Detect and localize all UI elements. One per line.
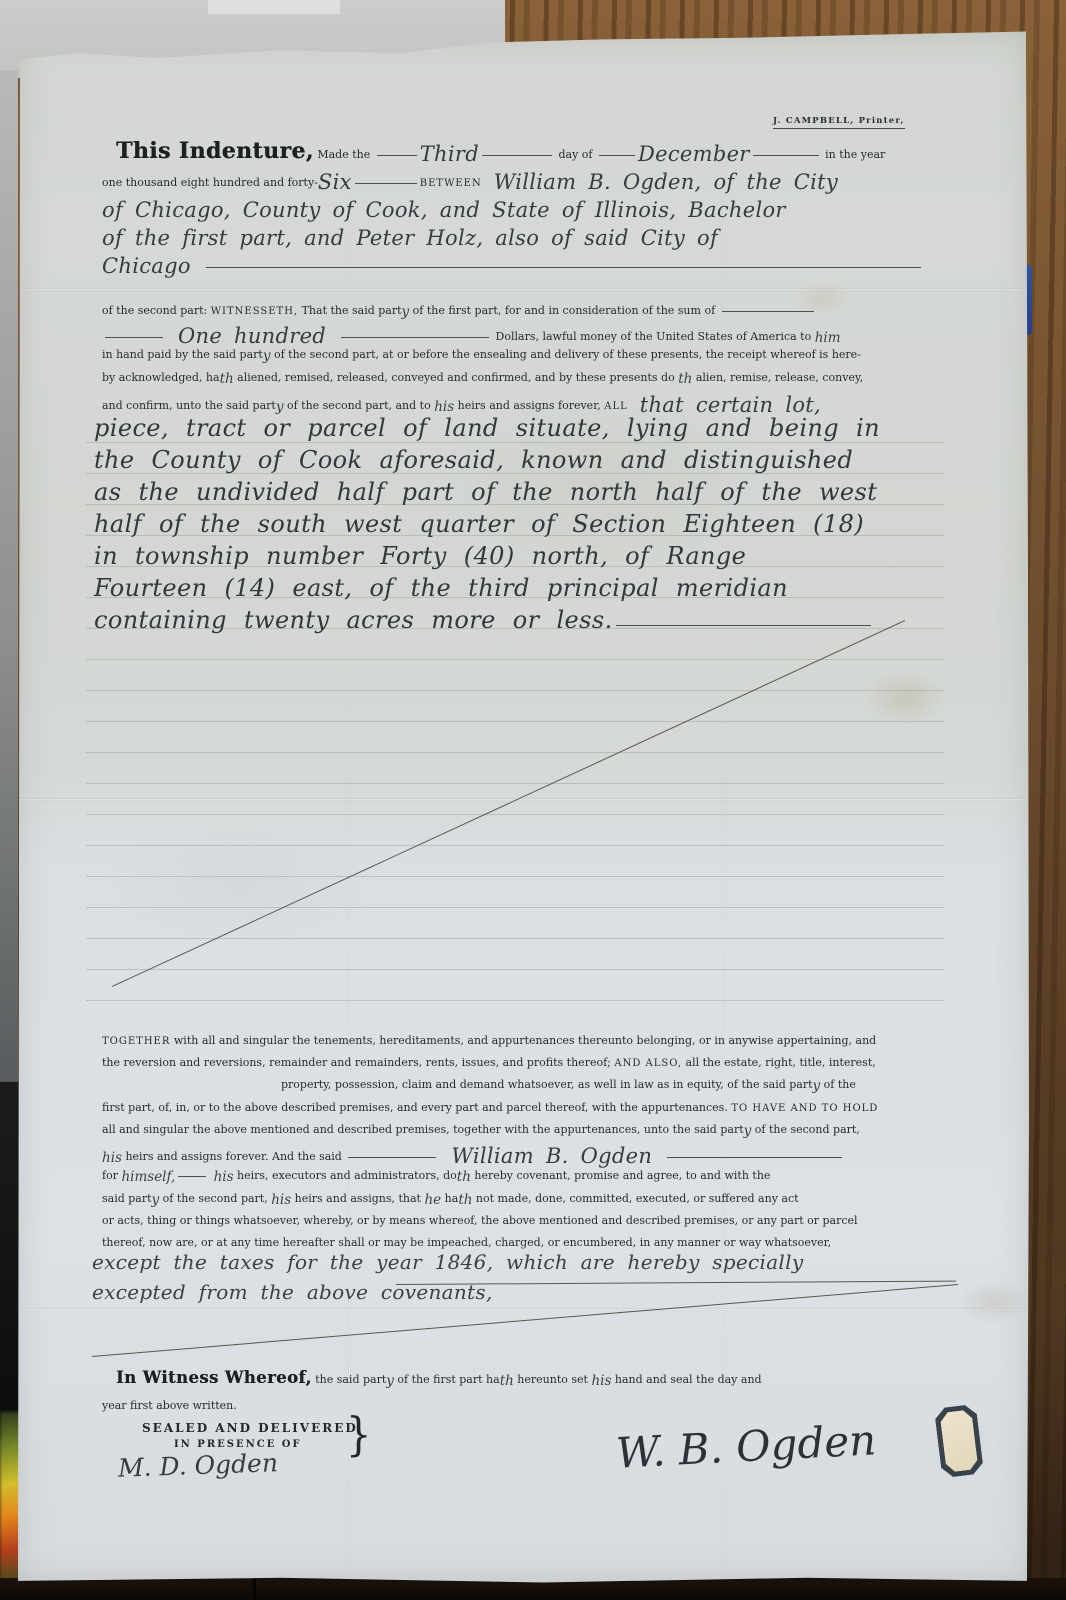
grantor-signature: W. B. Ogden xyxy=(615,1415,877,1478)
witnesseth-line-3: in hand paid by the said party of the se… xyxy=(102,348,861,364)
opening-line-3: of Chicago, County of Cook, and State of… xyxy=(102,198,786,223)
covenants-line-10: thereof, now are, or at any time hereaft… xyxy=(102,1236,831,1249)
indenture-document-page: J. CAMPBELL, Printer, This Indenture, Ma… xyxy=(16,30,1030,1584)
covenants-line-6: his heirs and assigns forever. And the s… xyxy=(102,1144,845,1169)
opening-line-4: of the first part, and Peter Holz, also … xyxy=(102,226,718,251)
property-line-4: half of the south west quarter of Sectio… xyxy=(94,510,864,539)
fold-crease-horizontal-3 xyxy=(16,1308,1030,1311)
witnesseth-line-1: of the second part: WITNESSETH, That the… xyxy=(102,304,817,320)
brace-glyph: } xyxy=(346,1409,371,1462)
covenants-line-9: or acts, thing or things whatsoever, whe… xyxy=(102,1214,858,1227)
covenants-line-5: all and singular the above mentioned and… xyxy=(102,1123,860,1139)
opening-line-1: This Indenture, Made the Third day of De… xyxy=(116,138,885,167)
property-line-5: in township number Forty (40) north, of … xyxy=(94,542,746,571)
seal-center xyxy=(939,1409,978,1472)
background-left-dark-strip xyxy=(0,1082,21,1438)
table-groove xyxy=(253,1578,256,1600)
background-paper-tab xyxy=(208,0,340,14)
printer-credit: J. CAMPBELL, Printer, xyxy=(773,116,905,129)
covenants-line-2: the reversion and reversions, remainder … xyxy=(102,1056,876,1070)
witness-line-2: year first above written. xyxy=(102,1399,237,1412)
witness-signature: M. D. Ogden xyxy=(118,1448,279,1483)
covenants-line-1: TOGETHER with all and singular the tenem… xyxy=(102,1034,876,1048)
photo-of-document-on-wood-table: J. CAMPBELL, Printer, This Indenture, Ma… xyxy=(0,0,1066,1600)
covenants-line-3: property, possession, claim and demand w… xyxy=(281,1078,856,1094)
in-presence-of-label: IN PRESENCE OF xyxy=(174,1439,302,1450)
exception-line-1: except the taxes for the year 1846, whic… xyxy=(92,1250,803,1274)
property-line-3: as the undivided half part of the north … xyxy=(94,478,877,507)
opening-line-2: one thousand eight hundred and forty-Six… xyxy=(102,170,838,195)
fold-crease-horizontal-1 xyxy=(16,288,1030,291)
opening-line-5: Chicago xyxy=(102,254,924,279)
property-line-2: the County of Cook aforesaid, known and … xyxy=(94,446,853,475)
witnesseth-line-2: One hundred Dollars, lawful money of the… xyxy=(102,324,841,349)
property-line-1: piece, tract or parcel of land situate, … xyxy=(94,414,880,443)
witness-line-1: In Witness Whereof, the said party of th… xyxy=(116,1368,762,1389)
covenants-line-7: for himself, his heirs, executors and ad… xyxy=(102,1169,770,1185)
property-line-6: Fourteen (14) east, of the third princip… xyxy=(94,574,788,603)
property-line-7: containing twenty acres more or less. xyxy=(94,606,874,635)
sealed-and-delivered-label: SEALED AND DELIVERED, xyxy=(142,1421,364,1435)
background-left-edge xyxy=(0,70,18,1110)
witnesseth-line-4: by acknowledged, hath aliened, remised, … xyxy=(102,371,863,387)
covenants-line-8: said party of the second part, his heirs… xyxy=(102,1192,799,1208)
covenants-line-4: first part, of, in, or to the above desc… xyxy=(102,1101,878,1115)
wax-wafer-seal xyxy=(934,1404,984,1479)
